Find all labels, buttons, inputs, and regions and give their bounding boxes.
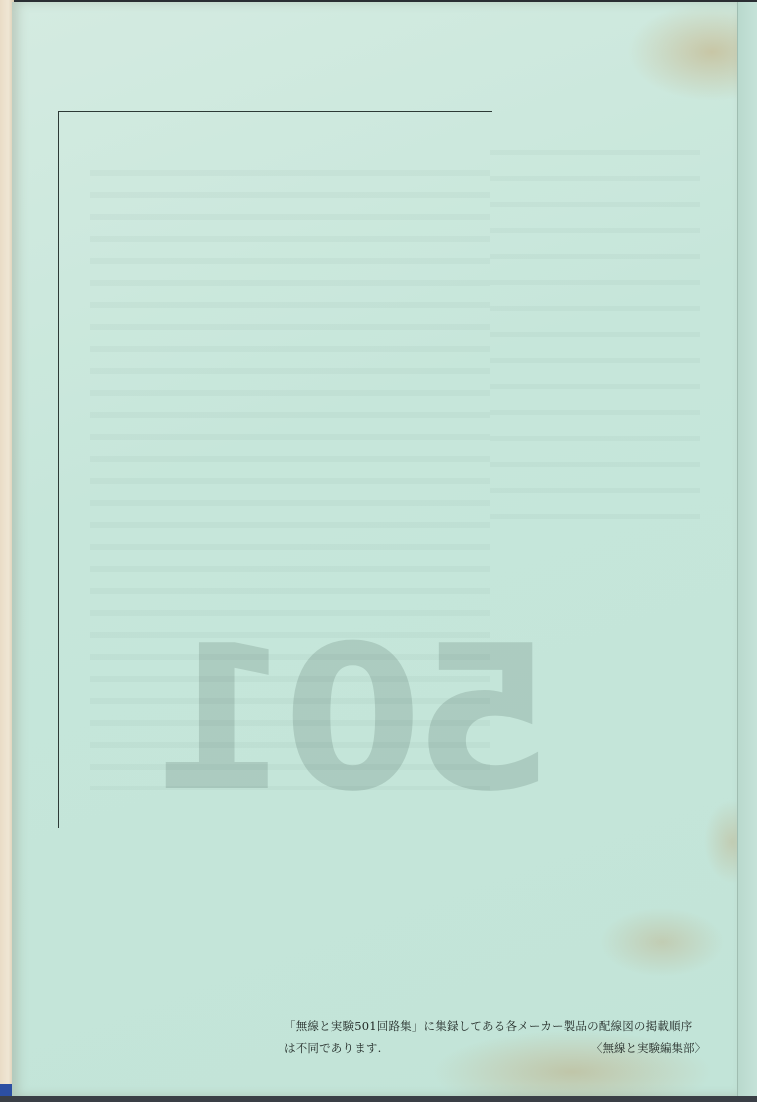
notice-signature: 〈無線と実験編集部〉 [591,1037,706,1059]
frame-left-rule [58,111,59,828]
editorial-notice: 「無線と実験501回路集」に集録してある各メーカー製品の配線図の掲載順序 は不同… [284,1015,724,1059]
scan-bottom-edge [0,1096,757,1102]
bleed-through-text-right [490,150,700,530]
bleed-through-numeral: 501 [160,620,553,820]
notice-line-1: 「無線と実験501回路集」に集録してある各メーカー製品の配線図の掲載順序 [284,1015,724,1037]
frame-top-rule [58,111,492,112]
next-page-edge [737,2,757,1096]
